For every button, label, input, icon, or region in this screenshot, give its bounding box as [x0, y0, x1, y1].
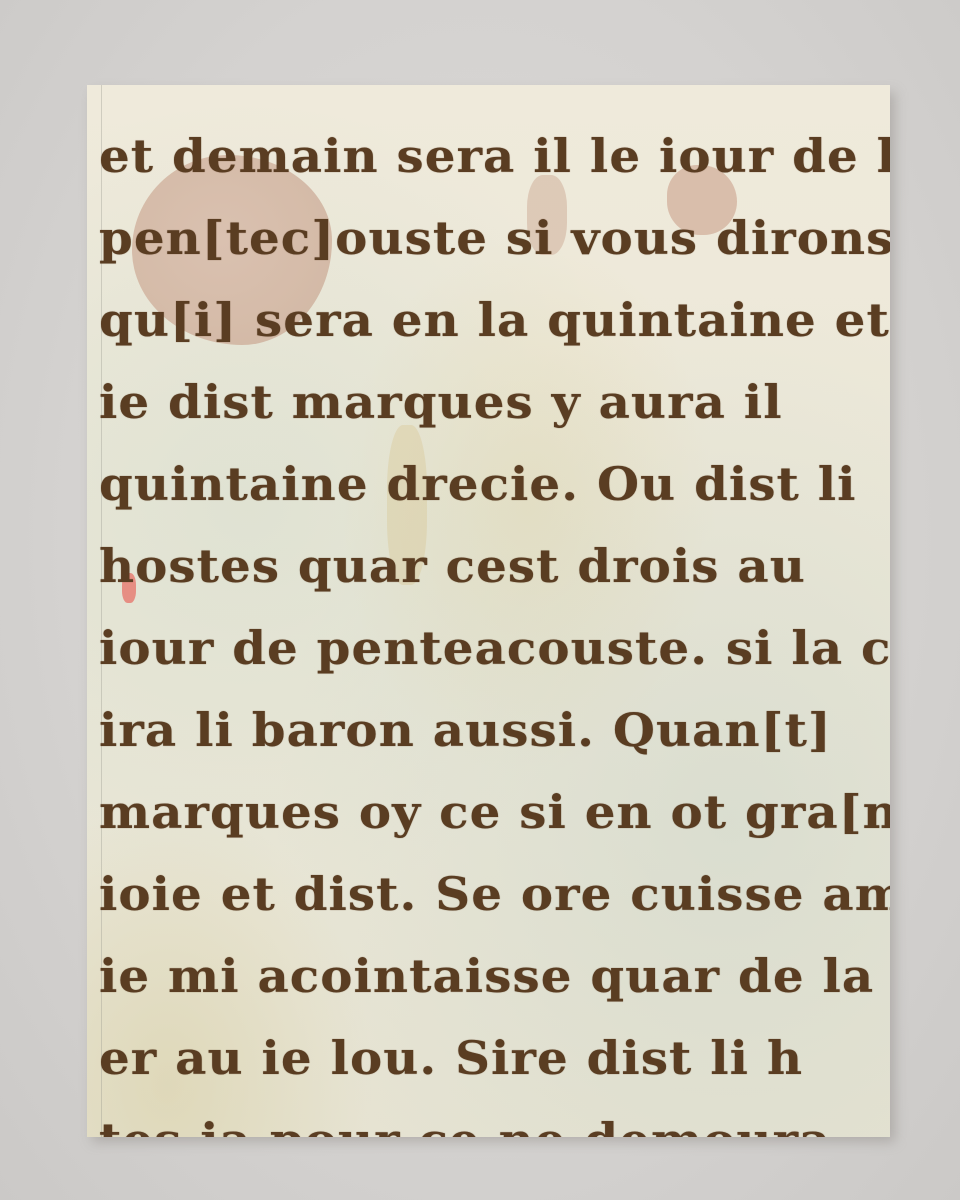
manuscript-fragment: et demain sera il le iour de la pen[tec]… — [87, 85, 890, 1137]
text-line: ioie et dist. Se ore cuisse am — [99, 853, 890, 935]
text-line: qu[i] sera en la quintaine et — [99, 279, 890, 361]
text-line: er au ie lou. Sire dist li h — [99, 1017, 890, 1099]
text-line: tes ia pour ce ne demoura — [99, 1099, 890, 1137]
text-line: et demain sera il le iour de la — [99, 115, 890, 197]
text-line: ira li baron aussi. Quan[t] — [99, 689, 890, 771]
text-line: quintaine drecie. Ou dist li — [99, 443, 890, 525]
text-line: ie mi acointaisse quar de la — [99, 935, 890, 1017]
text-block: et demain sera il le iour de la pen[tec]… — [99, 115, 890, 1137]
text-line: marques oy ce si en ot gra[nt] — [99, 771, 890, 853]
text-line: iour de penteacouste. si la celle — [99, 607, 890, 689]
text-line: hostes quar cest drois au — [99, 525, 890, 607]
text-line: ie dist marques y aura il — [99, 361, 890, 443]
text-line: pen[tec]ouste si vous dirons — [99, 197, 890, 279]
